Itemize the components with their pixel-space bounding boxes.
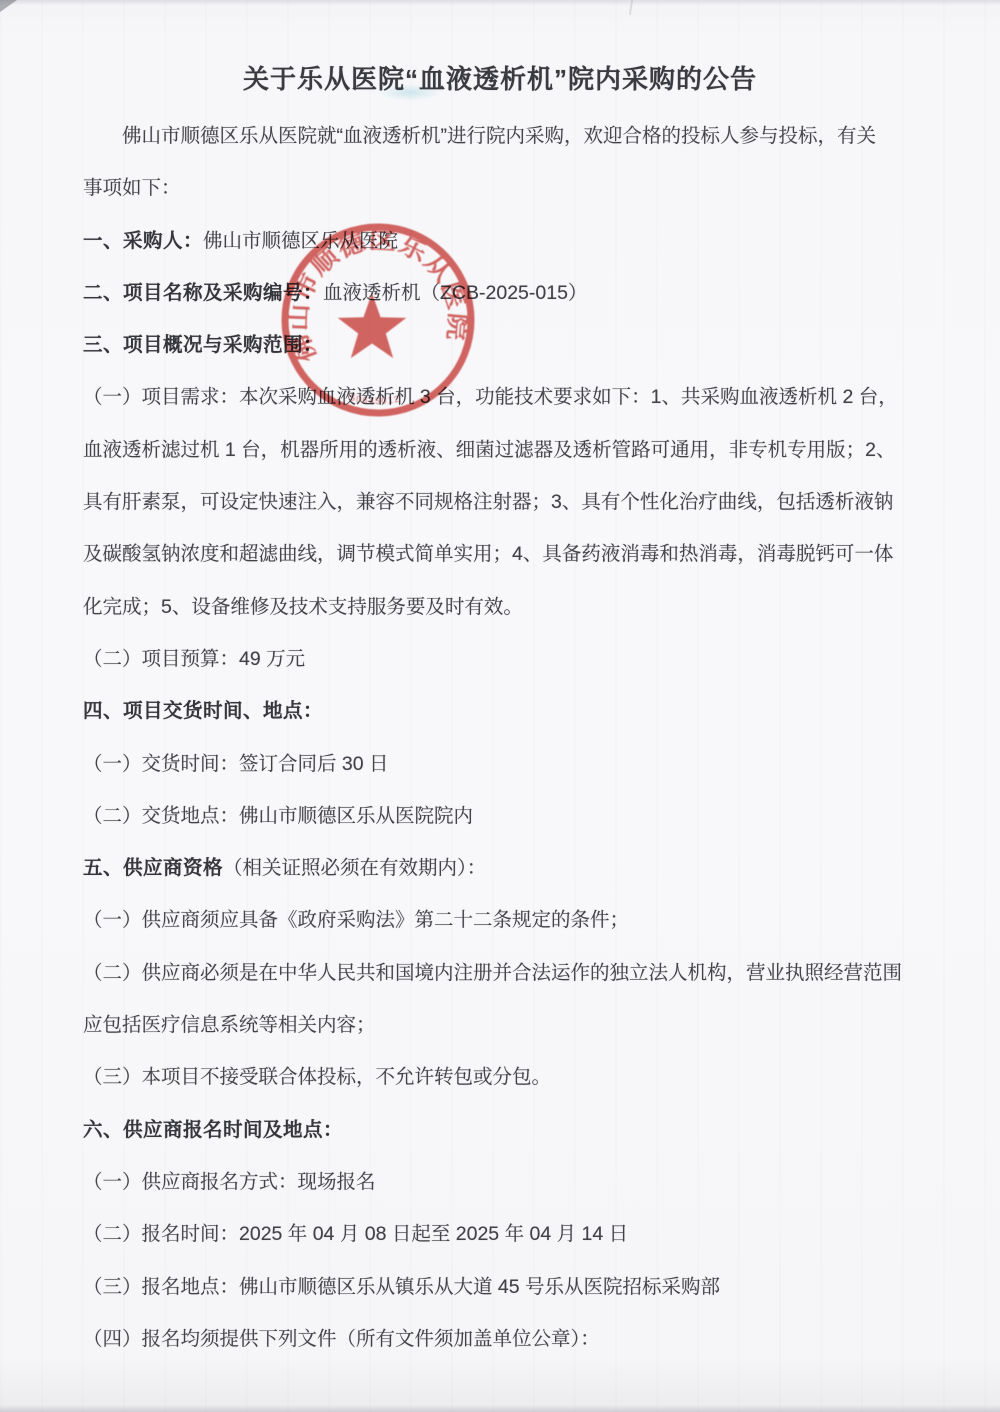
line-text: 佛山市顺德区乐从医院 <box>203 230 398 252</box>
line-text: （三）报名地点：佛山市顺德区乐从镇乐从大道 45 号乐从医院招标采购部 <box>83 1276 720 1298</box>
document-line: 佛山市顺德区乐从医院就“血液透析机”进行院内采购，欢迎合格的投标人参与投标，有关 <box>83 110 960 162</box>
document-line: （三）本项目不接受联合体投标，不允许转包或分包。 <box>83 1051 960 1103</box>
scanned-document-page: 关于乐从医院“血液透析机”院内采购的公告 佛山市顺德区乐从医院就“血液透析机”进… <box>0 0 1000 1412</box>
document-line: （二）报名时间：2025 年 04 月 08 日起至 2025 年 04 月 1… <box>83 1208 960 1260</box>
line-text: （二）交货地点：佛山市顺德区乐从医院院内 <box>83 805 473 827</box>
document-line: 应包括医疗信息系统等相关内容； <box>83 999 960 1051</box>
line-text: （二）供应商必须是在中华人民共和国境内注册并合法运作的独立法人机构，营业执照经营… <box>83 962 902 984</box>
document-line: 五、供应商资格（相关证照必须在有效期内）： <box>83 842 960 894</box>
document-line: 及碳酸氢钠浓度和超滤曲线，调节模式简单实用；4、具备药液消毒和热消毒，消毒脱钙可… <box>83 528 960 580</box>
line-text: 佛山市顺德区乐从医院就“血液透析机”进行院内采购，欢迎合格的投标人参与投标，有关 <box>122 125 876 147</box>
line-text: （三）本项目不接受联合体投标，不允许转包或分包。 <box>83 1066 551 1088</box>
document-line: （一）项目需求：本次采购血液透析机 3 台，功能技术要求如下：1、共采购血液透析… <box>83 371 960 423</box>
line-heading-label: 一、采购人： <box>83 230 203 252</box>
line-heading-label: 五、供应商资格 <box>83 857 223 879</box>
line-text: 应包括医疗信息系统等相关内容； <box>83 1014 376 1036</box>
line-text: （一）项目需求：本次采购血液透析机 3 台，功能技术要求如下：1、共采购血液透析… <box>83 386 898 408</box>
document-line: 二、项目名称及采购编号：血液透析机（ZCB-2025-015） <box>83 267 960 319</box>
scan-corner-artifact <box>0 0 17 12</box>
document-line: 一、采购人：佛山市顺德区乐从医院 <box>83 215 960 267</box>
line-heading-label: 三、项目概况与采购范围： <box>83 334 323 356</box>
line-text: 化完成；5、设备维修及技术支持服务要及时有效。 <box>83 596 523 618</box>
line-text: 血液透析机（ZCB-2025-015） <box>323 282 587 304</box>
line-text: 血液透析滤过机 1 台，机器所用的透析液、细菌过滤器及透析管路可通用，非专机专用… <box>83 439 896 461</box>
document-line: （一）供应商报名方式：现场报名 <box>83 1156 960 1208</box>
line-text: （一）交货时间：签订合同后 30 日 <box>83 753 389 775</box>
line-heading-label: 二、项目名称及采购编号： <box>83 282 323 304</box>
document-line: （二）项目预算：49 万元 <box>83 633 960 685</box>
line-text: （二）项目预算：49 万元 <box>83 648 305 670</box>
document-line: 具有肝素泵，可设定快速注入，兼容不同规格注射器；3、具有个性化治疗曲线，包括透析… <box>83 476 960 528</box>
document-line: （四）报名均须提供下列文件（所有文件须加盖单位公章）： <box>83 1313 960 1365</box>
document-line: 六、供应商报名时间及地点： <box>83 1104 960 1156</box>
scan-edge-bottom <box>0 1405 1000 1412</box>
document-body: 佛山市顺德区乐从医院就“血液透析机”进行院内采购，欢迎合格的投标人参与投标，有关… <box>83 110 960 1365</box>
line-text: 事项如下： <box>83 177 181 199</box>
line-text: （一）供应商报名方式：现场报名 <box>83 1171 376 1193</box>
line-text: （相关证照必须在有效期内）： <box>223 857 486 879</box>
document-line: （二）供应商必须是在中华人民共和国境内注册并合法运作的独立法人机构，营业执照经营… <box>83 947 960 999</box>
line-text: 及碳酸氢钠浓度和超滤曲线，调节模式简单实用；4、具备药液消毒和热消毒，消毒脱钙可… <box>83 543 893 565</box>
document-line: 化完成；5、设备维修及技术支持服务要及时有效。 <box>83 581 960 633</box>
line-heading-label: 四、项目交货时间、地点： <box>83 700 323 722</box>
line-text: （四）报名均须提供下列文件（所有文件须加盖单位公章）： <box>83 1328 600 1350</box>
document-line: （一）交货时间：签订合同后 30 日 <box>83 738 960 790</box>
scan-edge-top <box>0 0 1000 5</box>
line-text: （一）供应商须应具备《政府采购法》第二十二条规定的条件； <box>83 909 629 931</box>
document-title: 关于乐从医院“血液透析机”院内采购的公告 <box>0 62 1000 96</box>
document-line: （二）交货地点：佛山市顺德区乐从医院院内 <box>83 790 960 842</box>
document-line: 血液透析滤过机 1 台，机器所用的透析液、细菌过滤器及透析管路可通用，非专机专用… <box>83 424 960 476</box>
document-line: （一）供应商须应具备《政府采购法》第二十二条规定的条件； <box>83 894 960 946</box>
document-line: （三）报名地点：佛山市顺德区乐从镇乐从大道 45 号乐从医院招标采购部 <box>83 1261 960 1313</box>
document-line: 事项如下： <box>83 162 960 214</box>
line-text: 具有肝素泵，可设定快速注入，兼容不同规格注射器；3、具有个性化治疗曲线，包括透析… <box>83 491 893 513</box>
line-heading-label: 六、供应商报名时间及地点： <box>83 1119 343 1141</box>
document-line: 四、项目交货时间、地点： <box>83 685 960 737</box>
document-line: 三、项目概况与采购范围： <box>83 319 960 371</box>
line-text: （二）报名时间：2025 年 04 月 08 日起至 2025 年 04 月 1… <box>83 1223 628 1245</box>
